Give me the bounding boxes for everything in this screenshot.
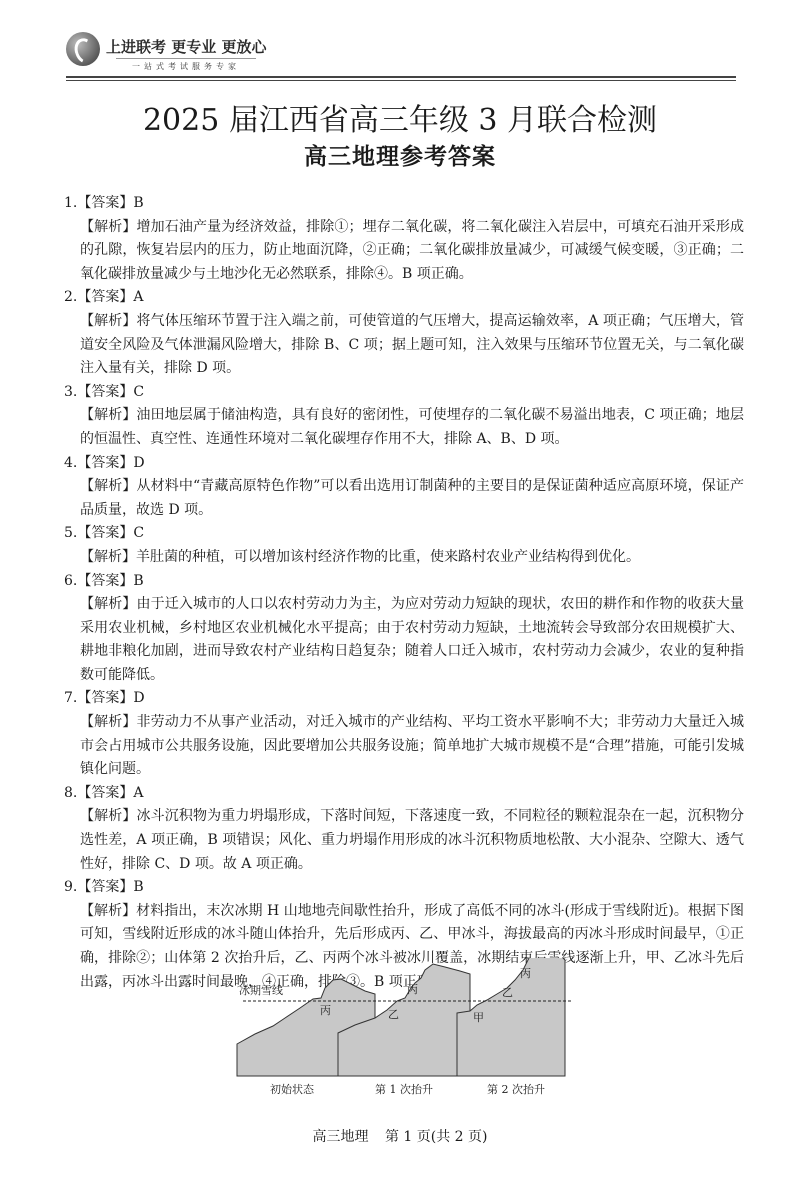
svg-text:乙: 乙 xyxy=(388,1008,399,1021)
page-title: 2025 届江西省高三年级 3 月联合检测 xyxy=(0,95,800,139)
question-1: 1.【答案】B 【解析】增加石油产量为经济效益，排除①；埋存二氧化碳，将二氧化碳… xyxy=(64,192,744,286)
question-7: 7.【答案】D 【解析】非劳动力不从事产业活动，对迁入城市的产业结构、平均工资水… xyxy=(64,687,744,781)
svg-text:丙: 丙 xyxy=(520,967,531,980)
answer-line: 1.【答案】B xyxy=(64,192,744,216)
snowline-label: 冰期雪线 xyxy=(239,983,283,997)
footer-page-number: 第 1 页(共 2 页) xyxy=(385,1129,488,1145)
explanation: 【解析】非劳动力不从事产业活动，对迁入城市的产业结构、平均工资水平影响不大；非劳… xyxy=(80,711,744,782)
question-2: 2.【答案】A 【解析】将气体压缩环节置于注入端之前，可使管道的气压增大，提高运… xyxy=(64,286,744,380)
answer-line: 8.【答案】A xyxy=(64,782,744,806)
explanation: 【解析】油田地层属于储油构造，具有良好的密闭性，可使埋存的二氧化碳不易溢出地表，… xyxy=(80,404,744,451)
explanation: 【解析】将气体压缩环节置于注入端之前，可使管道的气压增大，提高运输效率，A 项正… xyxy=(80,310,744,381)
answer-list: 1.【答案】B 【解析】增加石油产量为经济效益，排除①；埋存二氧化碳，将二氧化碳… xyxy=(64,192,744,994)
cirque-uplift-diagram: 冰期雪线 丙 丙 乙 丙 乙 甲 初始状态 第 1 次抬升 第 2 次抬升 xyxy=(225,958,585,1098)
answer-line: 5.【答案】C xyxy=(64,522,744,546)
question-5: 5.【答案】C 【解析】羊肚菌的种植，可以增加该村经济作物的比重，使来路村农业产… xyxy=(64,522,744,569)
answer-line: 9.【答案】B xyxy=(64,876,744,900)
answer-line: 2.【答案】A xyxy=(64,286,744,310)
svg-text:丙: 丙 xyxy=(407,983,418,996)
header-sub-slogan: 一站式考试服务专家 xyxy=(116,58,256,72)
explanation: 【解析】羊肚菌的种植，可以增加该村经济作物的比重，使来路村农业产业结构得到优化。 xyxy=(80,546,744,570)
caption-uplift-2: 第 2 次抬升 xyxy=(487,1082,545,1096)
question-6: 6.【答案】B 【解析】由于迁入城市的人口以农村劳动力为主，为应对劳动力短缺的现… xyxy=(64,570,744,688)
explanation: 【解析】由于迁入城市的人口以农村劳动力为主，为应对劳动力短缺的现状，农田的耕作和… xyxy=(80,593,744,687)
page-footer: 高三地理 第 1 页(共 2 页) xyxy=(0,1126,800,1146)
svg-text:甲: 甲 xyxy=(473,1011,484,1024)
answer-line: 4.【答案】D xyxy=(64,452,744,476)
caption-initial: 初始状态 xyxy=(270,1082,315,1096)
footer-subject: 高三地理 xyxy=(313,1129,369,1145)
logo-icon xyxy=(66,32,100,66)
question-8: 8.【答案】A 【解析】冰斗沉积物为重力坍塌形成，下落时间短，下落速度一致，不同… xyxy=(64,782,744,876)
answer-line: 7.【答案】D xyxy=(64,687,744,711)
answer-line: 3.【答案】C xyxy=(64,381,744,405)
header: 上进联考 更专业 更放心 一站式考试服务专家 xyxy=(66,30,736,82)
question-4: 4.【答案】D 【解析】从材料中“青藏高原特色作物”可以看出选用订制菌种的主要目… xyxy=(64,452,744,523)
header-slogan: 上进联考 更专业 更放心 xyxy=(106,36,266,57)
svg-text:丙: 丙 xyxy=(320,1004,331,1017)
question-3: 3.【答案】C 【解析】油田地层属于储油构造，具有良好的密闭性，可使埋存的二氧化… xyxy=(64,381,744,452)
explanation: 【解析】冰斗沉积物为重力坍塌形成，下落时间短，下落速度一致，不同粒径的颗粒混杂在… xyxy=(80,805,744,876)
caption-uplift-1: 第 1 次抬升 xyxy=(375,1082,433,1096)
explanation: 【解析】从材料中“青藏高原特色作物”可以看出选用订制菌种的主要目的是保证菌种适应… xyxy=(80,475,744,522)
explanation: 【解析】增加石油产量为经济效益，排除①；埋存二氧化碳，将二氧化碳注入岩层中，可填… xyxy=(80,216,744,287)
page-subtitle: 高三地理参考答案 xyxy=(0,138,800,171)
answer-line: 6.【答案】B xyxy=(64,570,744,594)
svg-text:乙: 乙 xyxy=(502,986,513,999)
header-divider xyxy=(66,76,736,81)
